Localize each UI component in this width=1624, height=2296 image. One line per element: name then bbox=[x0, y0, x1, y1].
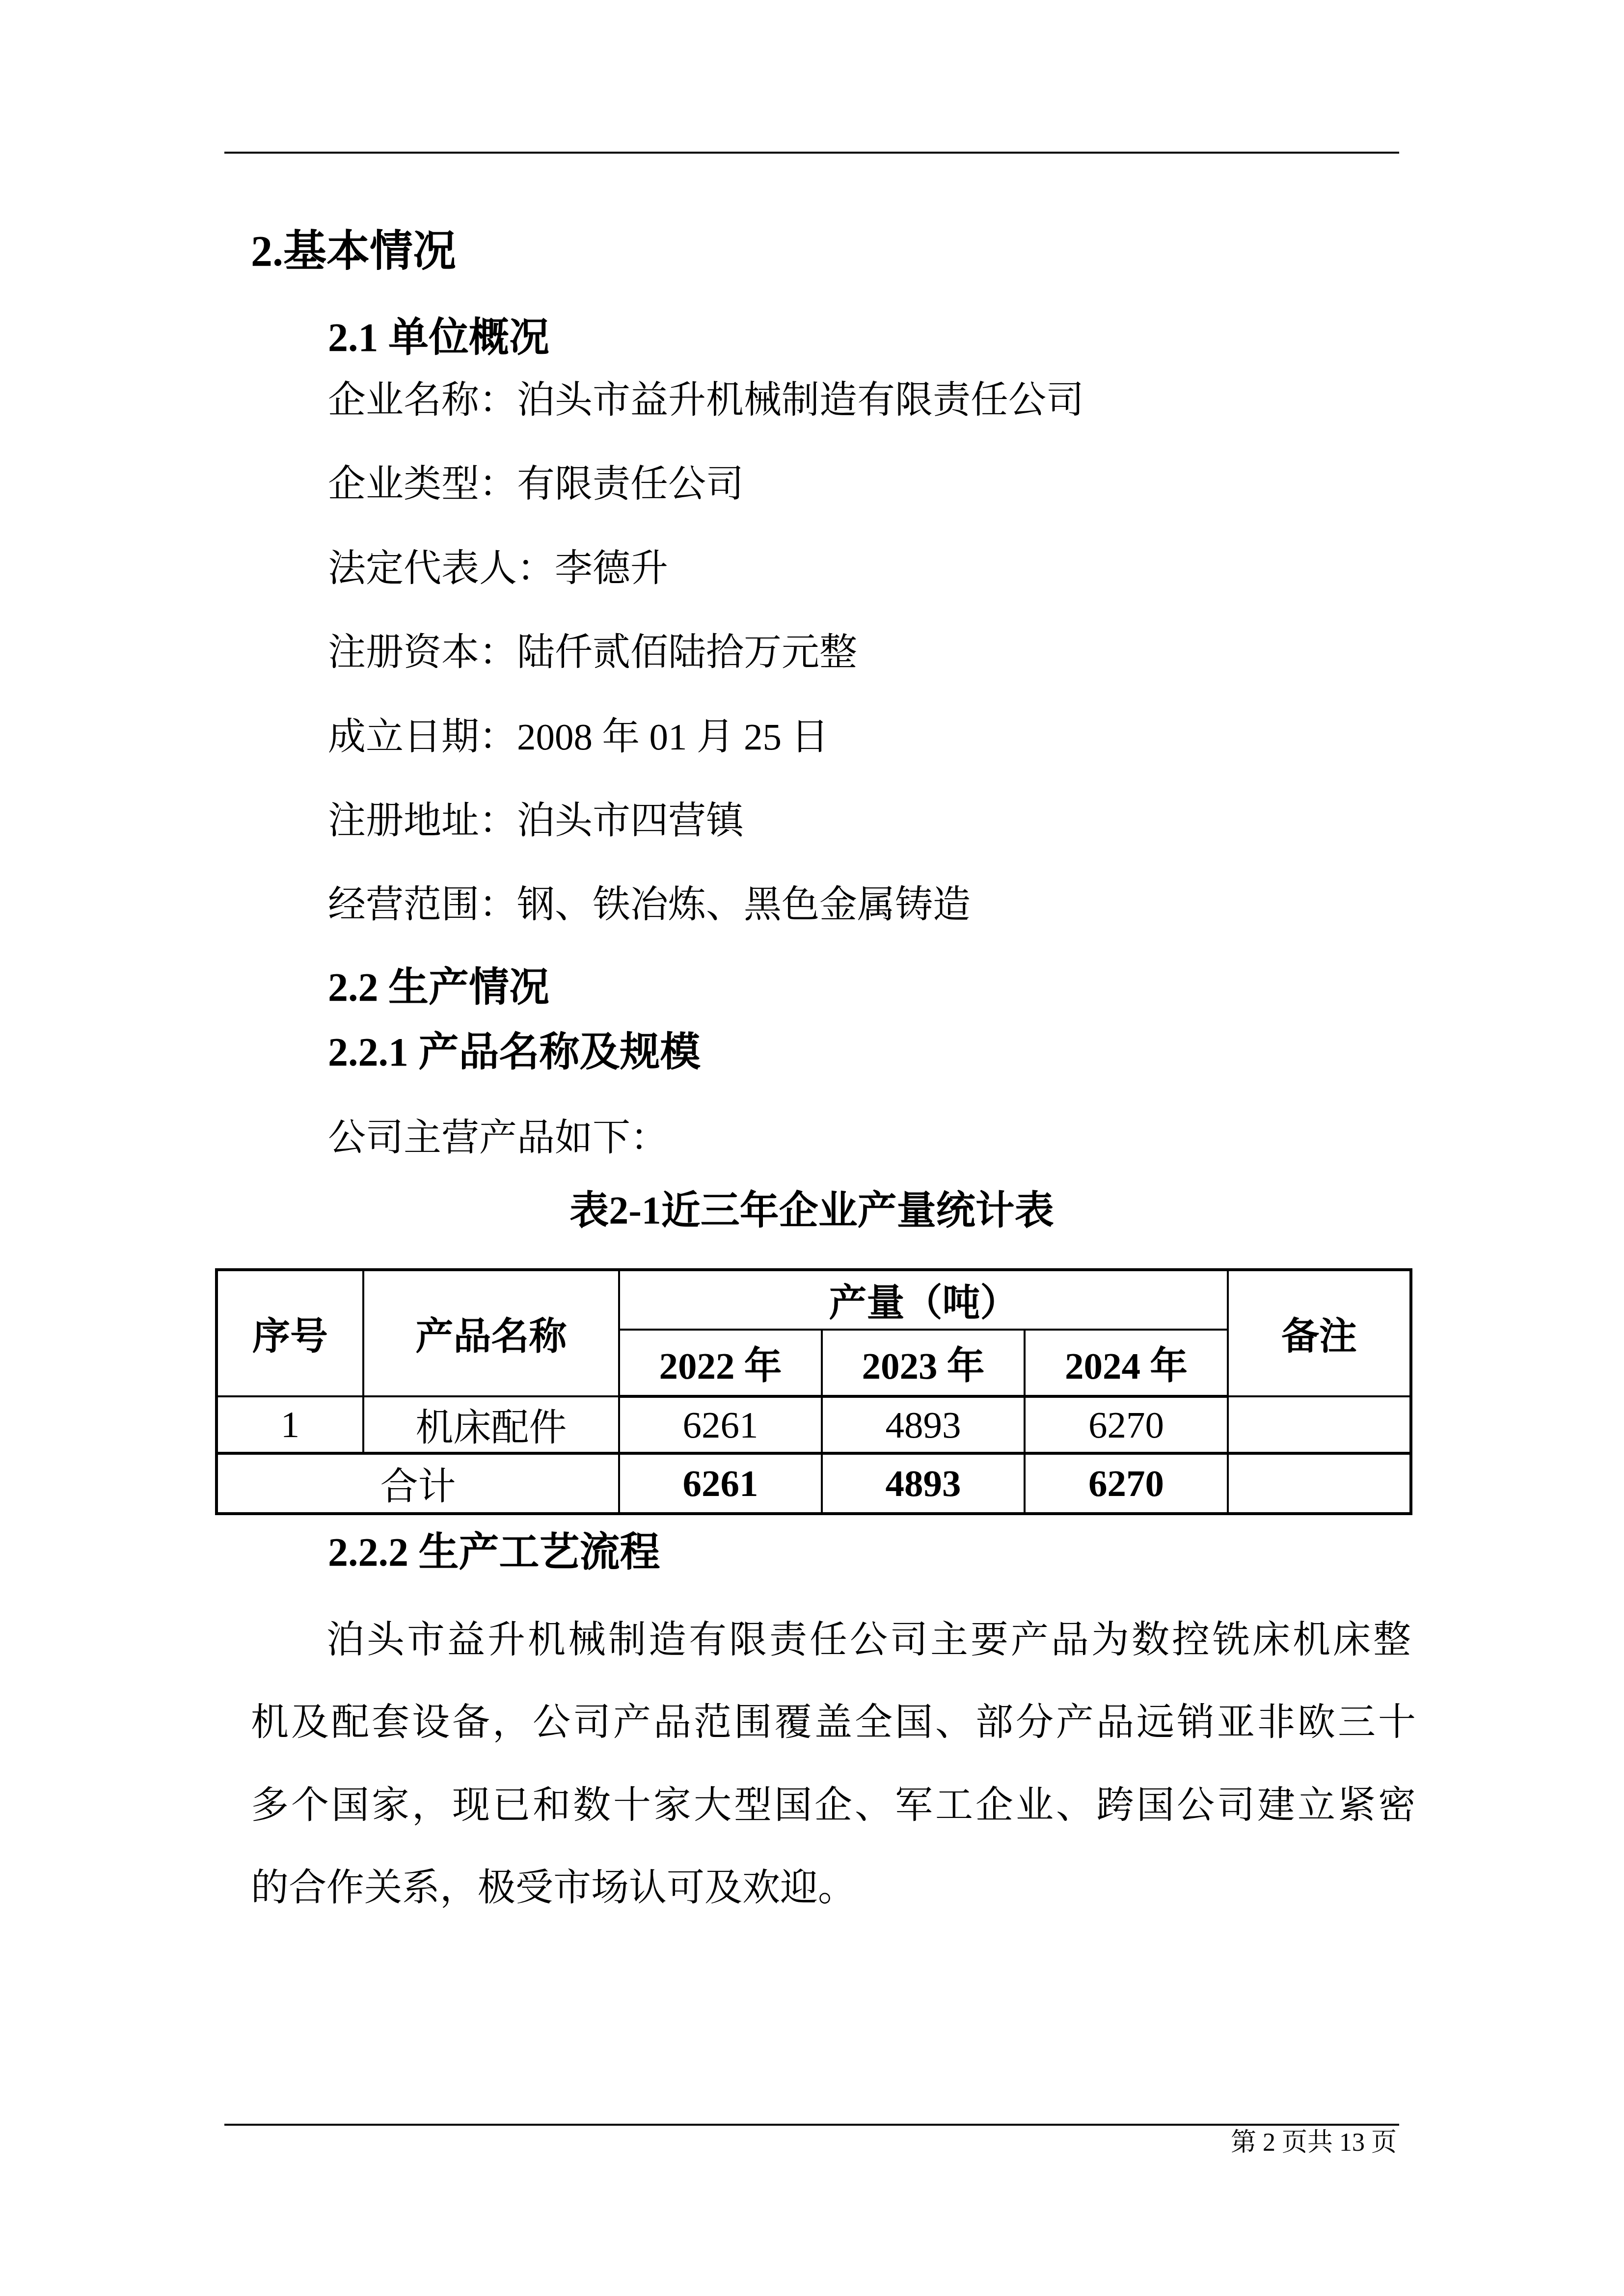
heading-basic-info: 2.基本情况 bbox=[251, 229, 456, 274]
table-total-row: 合计 6261 4893 6270 bbox=[217, 1453, 1411, 1514]
company-info-capital: 注册资本：陆仟贰佰陆拾万元整 bbox=[328, 632, 857, 672]
company-info-founded: 成立日期：2008 年 01 月 25 日 bbox=[328, 717, 829, 757]
heading-unit-overview: 2.1 单位概况 bbox=[328, 317, 549, 359]
total-2023: 4893 bbox=[822, 1453, 1025, 1514]
company-info-name: 企业名称：泊头市益升机械制造有限责任公司 bbox=[328, 380, 1084, 420]
cell-seq: 1 bbox=[217, 1396, 363, 1453]
total-2024: 6270 bbox=[1025, 1453, 1228, 1514]
footer-rule bbox=[224, 2124, 1399, 2126]
company-info-address: 注册地址：泊头市四营镇 bbox=[328, 801, 744, 841]
header-cell-year-2022: 2022 年 bbox=[619, 1330, 822, 1396]
table-header-row-1: 序号 产品名称 产量（吨） 备注 bbox=[217, 1270, 1411, 1330]
cell-product: 机床配件 bbox=[363, 1396, 619, 1453]
heading-production: 2.2 生产情况 bbox=[328, 966, 549, 1009]
header-cell-seq: 序号 bbox=[217, 1270, 363, 1396]
cell-2024: 6270 bbox=[1025, 1396, 1228, 1453]
paragraph-line-1: 泊头市益升机械制造有限责任公司主要产品为数控铣床机床整 bbox=[251, 1620, 1413, 1660]
cell-2023: 4893 bbox=[822, 1396, 1025, 1453]
intro-line: 公司主营产品如下： bbox=[328, 1118, 668, 1158]
total-remark bbox=[1228, 1453, 1411, 1514]
header-cell-year-2023: 2023 年 bbox=[822, 1330, 1025, 1396]
heading-product-scale: 2.2.1 产品名称及规模 bbox=[328, 1031, 701, 1073]
paragraph-line-2: 机及配套设备，公司产品范围覆盖全国、部分产品远销亚非欧三十 bbox=[251, 1702, 1418, 1742]
cell-remark bbox=[1228, 1396, 1411, 1453]
paragraph-line-4: 的合作关系，极受市场认可及欢迎。 bbox=[251, 1868, 856, 1908]
table-data-row: 1 机床配件 6261 4893 6270 bbox=[217, 1396, 1411, 1453]
cell-2022: 6261 bbox=[619, 1396, 822, 1453]
company-info-legal-rep: 法定代表人：李德升 bbox=[328, 548, 668, 588]
document-page: 2.基本情况 2.1 单位概况 企业名称：泊头市益升机械制造有限责任公司 企业类… bbox=[0, 0, 1624, 2296]
header-rule bbox=[224, 152, 1399, 154]
company-info-scope: 经营范围：钢、铁冶炼、黑色金属铸造 bbox=[328, 884, 971, 925]
header-cell-output: 产量（吨） bbox=[619, 1270, 1228, 1330]
heading-process: 2.2.2 生产工艺流程 bbox=[328, 1531, 660, 1574]
header-cell-remark: 备注 bbox=[1228, 1270, 1411, 1396]
header-cell-product: 产品名称 bbox=[363, 1270, 619, 1396]
company-info-type: 企业类型：有限责任公司 bbox=[328, 464, 744, 504]
table-title: 表2-1近三年企业产量统计表 bbox=[224, 1190, 1399, 1232]
page-number: 第 2 页共 13 页 bbox=[1231, 2129, 1397, 2157]
production-table: 序号 产品名称 产量（吨） 备注 2022 年 2023 年 2024 年 1 … bbox=[215, 1268, 1412, 1515]
paragraph-line-3: 多个国家，现已和数十家大型国企、军工企业、跨国公司建立紧密 bbox=[251, 1785, 1418, 1825]
header-cell-year-2024: 2024 年 bbox=[1025, 1330, 1228, 1396]
total-label-cell: 合计 bbox=[217, 1453, 619, 1514]
total-2022: 6261 bbox=[619, 1453, 822, 1514]
